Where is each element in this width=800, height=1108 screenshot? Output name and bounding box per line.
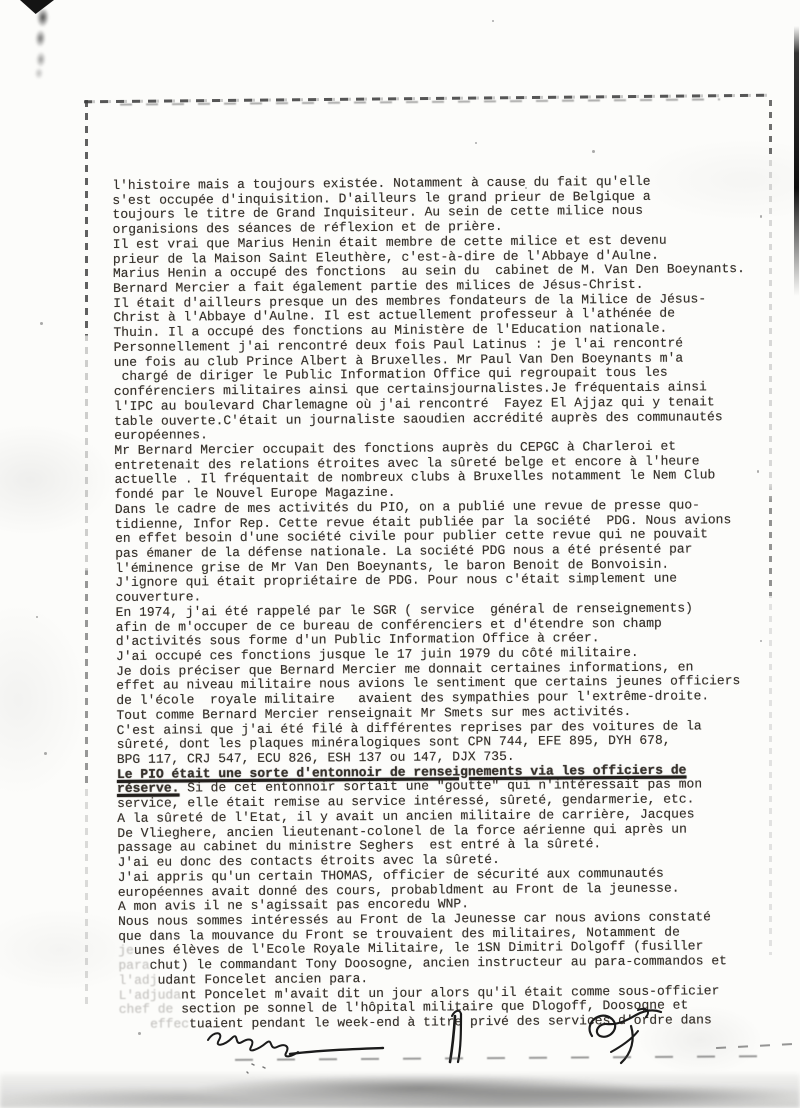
speck	[40, 322, 43, 325]
bottom-scan-smudge-band	[0, 1074, 800, 1108]
signature-center	[450, 1011, 461, 1062]
speck	[492, 20, 494, 22]
dashed-border-left	[85, 100, 88, 1005]
signature-right	[590, 1009, 661, 1063]
signature-left	[208, 1033, 383, 1073]
corner-smudge-artifact	[31, 9, 52, 80]
speck	[36, 616, 38, 618]
typewritten-text: l'histoire mais a toujours existée. Nota…	[112, 144, 781, 1063]
speck	[475, 142, 477, 144]
scanned-document-page: l'histoire mais a toujours existée. Nota…	[0, 0, 800, 1108]
typewritten-lines: l'histoire mais a toujours existée. Nota…	[112, 174, 781, 1033]
speck	[44, 752, 47, 755]
right-edge-scan-line	[794, 26, 799, 296]
